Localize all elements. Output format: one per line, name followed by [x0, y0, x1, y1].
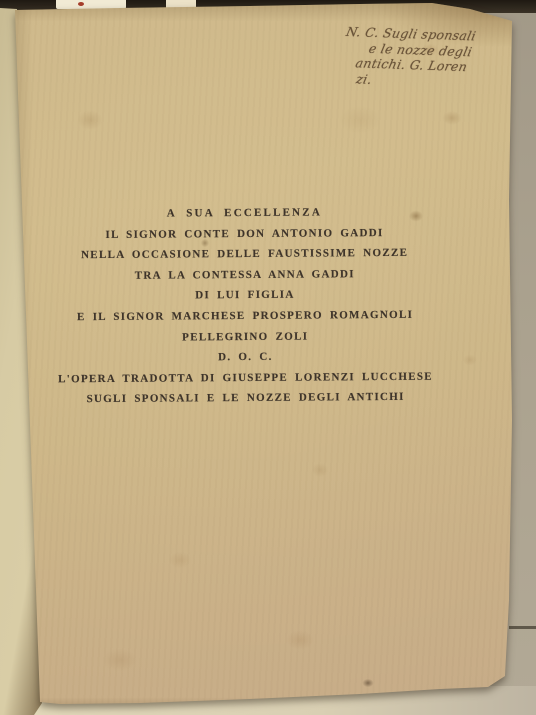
- dedication-line: SUGLI SPONSALI E LE NOZZE DEGLI ANTICHI: [46, 387, 446, 410]
- dedication-line: PELLEGRINO ZOLI: [45, 325, 445, 348]
- dedication-line: L'OPERA TRADOTTA DI GIUSEPPE LORENZI LUC…: [45, 366, 445, 389]
- dedication-line: TRA LA CONTESSA ANNA GADDI: [45, 263, 445, 286]
- photo-scene: N. C. Sugli sponsali e le nozze degli an…: [0, 0, 536, 715]
- dedication-line: IL SIGNOR CONTE DON ANTONIO GADDI: [44, 222, 444, 245]
- dedication-line: D. O. C.: [45, 346, 445, 369]
- printed-dedication: A SUA ECCELLENZA IL SIGNOR CONTE DON ANT…: [44, 202, 445, 411]
- book-page-wrap: N. C. Sugli sponsali e le nozze degli an…: [0, 0, 536, 715]
- dedication-line: DI LUI FIGLIA: [45, 284, 445, 307]
- handwritten-note: N. C. Sugli sponsali e le nozze degli an…: [335, 24, 508, 91]
- book-page: N. C. Sugli sponsali e le nozze degli an…: [0, 0, 536, 715]
- dedication-line: E IL SIGNOR MARCHESE PROSPERO ROMAGNOLI: [45, 305, 445, 328]
- dedication-line: A SUA ECCELLENZA: [44, 202, 444, 225]
- dedication-line: NELLA OCCASIONE DELLE FAUSTISSIME NOZZE: [45, 243, 445, 266]
